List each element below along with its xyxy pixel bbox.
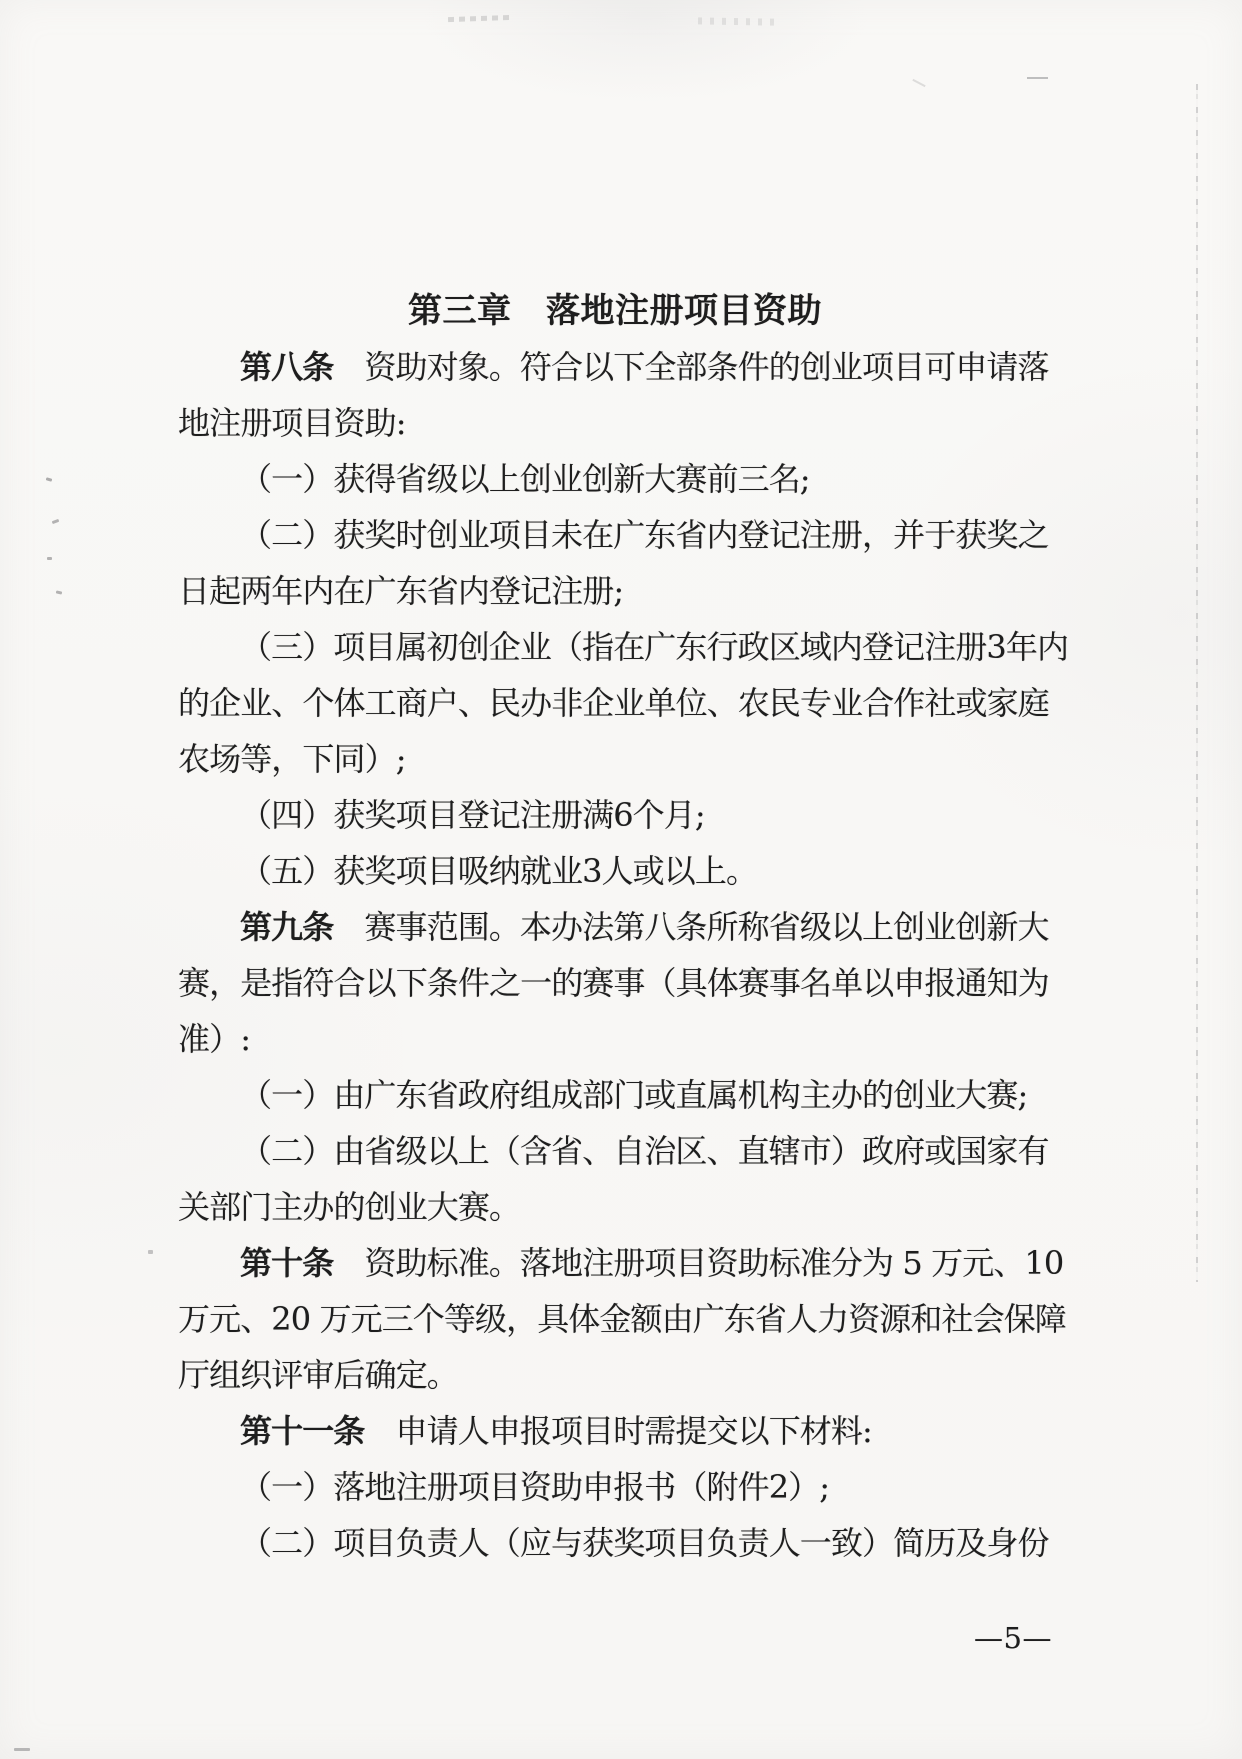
article-number-label: 第九条 <box>240 908 333 946</box>
scan-artifact-vertical-line <box>1196 84 1198 1282</box>
line-text: 厅组织评审后确定。 <box>178 1356 458 1394</box>
text-line: 农场等，下同）; <box>178 731 1052 787</box>
line-text: （三）项目属初创企业（指在广东行政区域内登记注册3年内 <box>240 628 1068 666</box>
article-number-label: 第十条 <box>240 1244 333 1282</box>
scan-artifact-speck <box>46 477 53 481</box>
line-text: 农场等，下同）; <box>178 740 406 778</box>
text-line: 赛，是指符合以下条件之一的赛事（具体赛事名单以申报通知为 <box>178 955 1052 1011</box>
line-text: 资助对象。符合以下全部条件的创业项目可申请落 <box>333 348 1048 386</box>
text-line: 第八条 资助对象。符合以下全部条件的创业项目可申请落 <box>178 339 1052 395</box>
line-text: 万元、20 万元三个等级，具体金额由广东省人力资源和社会保障 <box>178 1300 1066 1338</box>
line-text: 的企业、个体工商户、民办非企业单位、农民专业合作社或家庭 <box>178 684 1049 722</box>
text-line: （一）获得省级以上创业创新大赛前三名; <box>178 451 1052 507</box>
text-line: 关部门主办的创业大赛。 <box>178 1179 1052 1235</box>
line-text: 地注册项目资助: <box>178 404 406 442</box>
scan-artifact-smudge <box>912 79 925 87</box>
text-line: 第九条 赛事范围。本办法第八条所称省级以上创业创新大 <box>178 899 1052 955</box>
text-line: （五）获奖项目吸纳就业3人或以上。 <box>178 843 1052 899</box>
text-line: 万元、20 万元三个等级，具体金额由广东省人力资源和社会保障 <box>178 1291 1052 1347</box>
text-line: 厅组织评审后确定。 <box>178 1347 1052 1403</box>
scan-artifact-speck <box>148 1250 153 1254</box>
line-text: （一）获得省级以上创业创新大赛前三名; <box>240 460 810 498</box>
text-line: （四）获奖项目登记注册满6个月; <box>178 787 1052 843</box>
article-number-label: 第八条 <box>240 348 333 386</box>
scan-artifact-smudge <box>448 15 512 22</box>
text-line: （二）由省级以上（含省、自治区、直辖市）政府或国家有 <box>178 1123 1052 1179</box>
scanned-document-page: 第三章 落地注册项目资助 第八条 资助对象。符合以下全部条件的创业项目可申请落地… <box>0 0 1242 1759</box>
text-line: 第十一条 申请人申报项目时需提交以下材料: <box>178 1403 1052 1459</box>
line-text: （二）获奖时创业项目未在广东省内登记注册，并于获奖之 <box>240 516 1049 554</box>
line-text: （四）获奖项目登记注册满6个月; <box>240 796 705 834</box>
line-text: （一）落地注册项目资助申报书（附件2）; <box>240 1468 829 1506</box>
article-number-label: 第十一条 <box>240 1412 364 1450</box>
text-line: 地注册项目资助: <box>178 395 1052 451</box>
scan-artifact-speck <box>47 557 52 560</box>
chapter-title: 第三章 落地注册项目资助 <box>178 283 1052 339</box>
scan-artifact-smudge <box>1027 77 1048 79</box>
scan-artifact-speck <box>56 590 62 594</box>
text-line: （二）获奖时创业项目未在广东省内登记注册，并于获奖之 <box>178 507 1052 563</box>
scan-artifact-speck <box>52 519 60 524</box>
text-line: （二）项目负责人（应与获奖项目负责人一致）简历及身份 <box>178 1515 1052 1571</box>
text-line: （三）项目属初创企业（指在广东行政区域内登记注册3年内 <box>178 619 1052 675</box>
line-text: （二）由省级以上（含省、自治区、直辖市）政府或国家有 <box>240 1132 1049 1170</box>
line-text: （二）项目负责人（应与获奖项目负责人一致）简历及身份 <box>240 1524 1049 1562</box>
line-text: 赛事范围。本办法第八条所称省级以上创业创新大 <box>333 908 1048 946</box>
line-text: 申请人申报项目时需提交以下材料: <box>364 1412 871 1450</box>
text-line: （一）由广东省政府组成部门或直属机构主办的创业大赛; <box>178 1067 1052 1123</box>
text-line: （一）落地注册项目资助申报书（附件2）; <box>178 1459 1052 1515</box>
line-text: 准）: <box>178 1020 250 1058</box>
text-line: 准）: <box>178 1011 1052 1067</box>
text-line: 的企业、个体工商户、民办非企业单位、农民专业合作社或家庭 <box>178 675 1052 731</box>
document-body: 第三章 落地注册项目资助 第八条 资助对象。符合以下全部条件的创业项目可申请落地… <box>178 283 1052 1571</box>
line-text: 资助标准。落地注册项目资助标准分为 5 万元、10 <box>333 1244 1063 1282</box>
line-text: （一）由广东省政府组成部门或直属机构主办的创业大赛; <box>240 1076 1027 1114</box>
text-line: 日起两年内在广东省内登记注册; <box>178 563 1052 619</box>
line-text: （五）获奖项目吸纳就业3人或以上。 <box>240 852 757 890</box>
paragraph-lines: 第八条 资助对象。符合以下全部条件的创业项目可申请落地注册项目资助:（一）获得省… <box>178 339 1052 1571</box>
scan-artifact-smudge <box>698 17 774 25</box>
scan-artifact-speck <box>14 1748 30 1751</box>
line-text: 日起两年内在广东省内登记注册; <box>178 572 623 610</box>
line-text: 关部门主办的创业大赛。 <box>178 1188 520 1226</box>
page-number: —5— <box>178 1618 1052 1658</box>
line-text: 赛，是指符合以下条件之一的赛事（具体赛事名单以申报通知为 <box>178 964 1049 1002</box>
text-line: 第十条 资助标准。落地注册项目资助标准分为 5 万元、10 <box>178 1235 1052 1291</box>
